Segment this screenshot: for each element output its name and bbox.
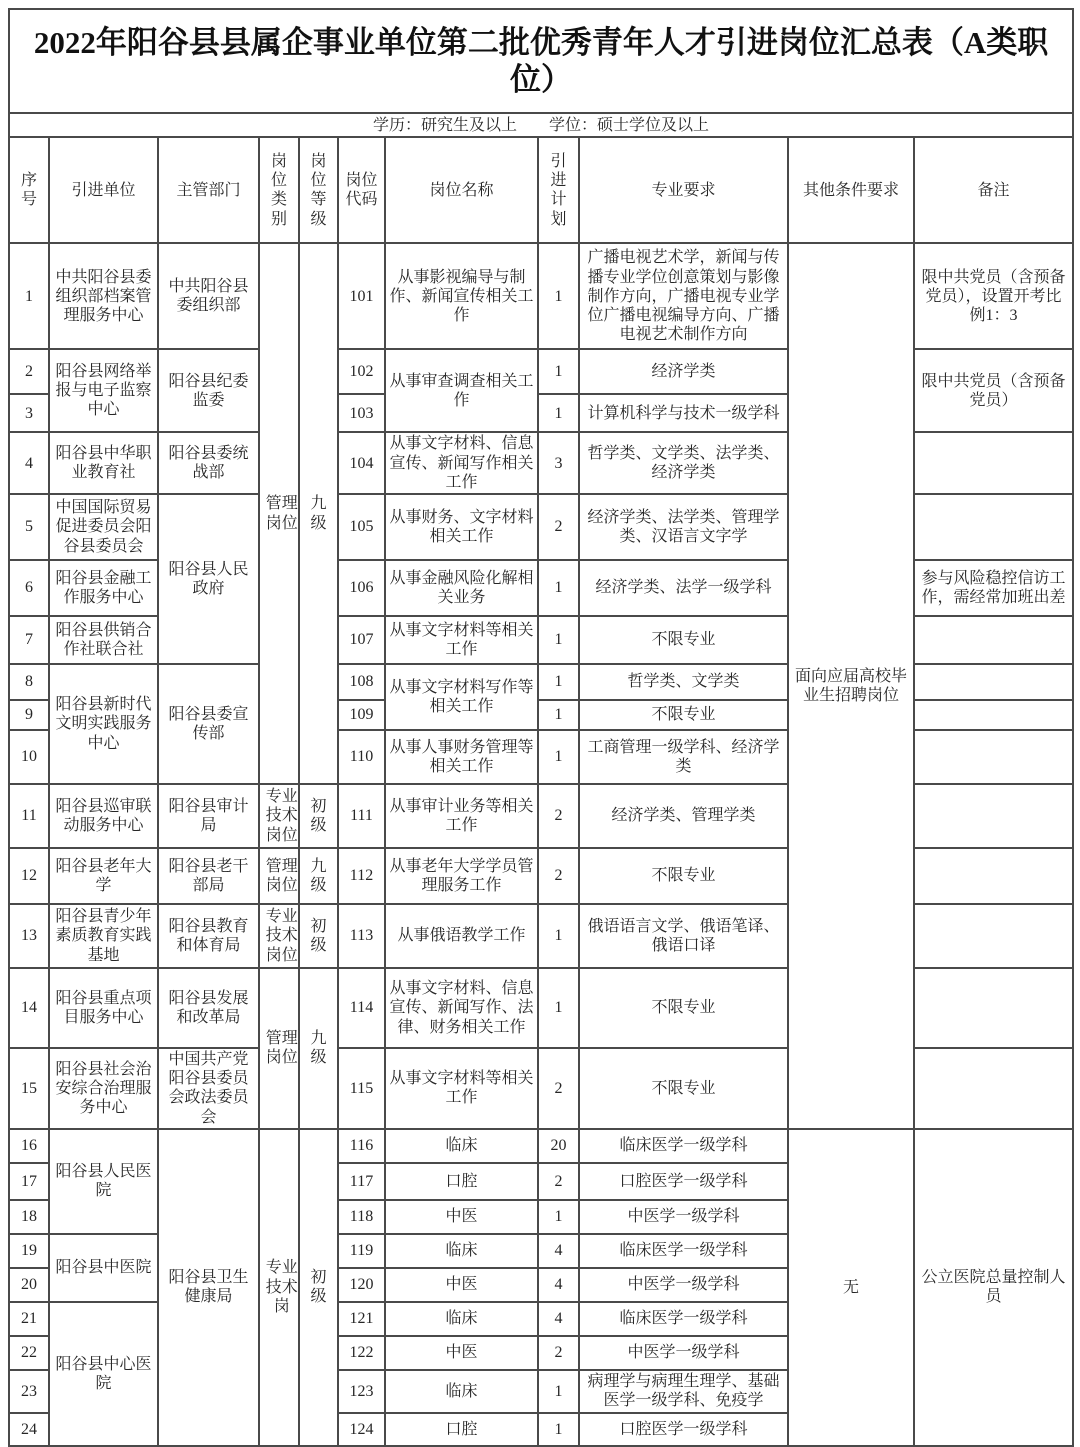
plan-cell: 2 xyxy=(538,494,579,560)
major-cell: 哲学类、文学类 xyxy=(579,664,788,700)
unit-cell: 阳谷县中华职业教育社 xyxy=(49,432,158,494)
plan-cell: 1 xyxy=(538,394,579,432)
category-cell: 管理岗位 xyxy=(259,968,299,1129)
code-cell: 102 xyxy=(338,349,385,394)
remark-cell xyxy=(914,664,1073,700)
table-row: 12 阳谷县老年大学 阳谷县老干部局 管理岗位 九级 112 从事老年大学学员管… xyxy=(9,848,1073,904)
code-cell: 110 xyxy=(338,730,385,784)
seq-cell: 24 xyxy=(9,1413,49,1446)
seq-cell: 15 xyxy=(9,1048,49,1129)
code-cell: 115 xyxy=(338,1048,385,1129)
unit-cell: 中国国际贸易促进委员会阳谷县委员会 xyxy=(49,494,158,560)
dept-cell: 中共阳谷县委组织部 xyxy=(158,243,259,349)
code-cell: 116 xyxy=(338,1129,385,1163)
seq-cell: 22 xyxy=(9,1336,49,1370)
dept-cell: 阳谷县发展和改革局 xyxy=(158,968,259,1048)
remark-cell: 限中共党员（含预备党员），设置开考比例1：3 xyxy=(914,243,1073,349)
col-header-grade: 岗位等级 xyxy=(299,137,338,243)
col-header-name: 岗位名称 xyxy=(385,137,538,243)
major-cell: 不限专业 xyxy=(579,616,788,664)
col-header-code: 岗位代码 xyxy=(338,137,385,243)
name-cell: 中医 xyxy=(385,1336,538,1370)
unit-cell: 阳谷县中心医院 xyxy=(49,1302,158,1446)
remark-cell xyxy=(914,784,1073,848)
code-cell: 123 xyxy=(338,1370,385,1413)
table-row: 15 阳谷县社会治安综合治理服务中心 中国共产党阳谷县委员会政法委员会 115 … xyxy=(9,1048,1073,1129)
code-cell: 107 xyxy=(338,616,385,664)
major-cell: 俄语语言文学、俄语笔译、俄语口译 xyxy=(579,904,788,968)
plan-cell: 2 xyxy=(538,1336,579,1370)
unit-cell: 阳谷县社会治安综合治理服务中心 xyxy=(49,1048,158,1129)
seq-cell: 3 xyxy=(9,394,49,432)
table-row: 2 阳谷县网络举报与电子监察中心 阳谷县纪委监委 102 从事审查调查相关工作 … xyxy=(9,349,1073,394)
name-cell: 从事文字材料等相关工作 xyxy=(385,1048,538,1129)
table-row: 5 中国国际贸易促进委员会阳谷县委员会 阳谷县人民政府 105 从事财务、文字材… xyxy=(9,494,1073,560)
dept-cell: 阳谷县纪委监委 xyxy=(158,349,259,432)
other-cell: 无 xyxy=(788,1129,914,1446)
remark-cell xyxy=(914,968,1073,1048)
code-cell: 118 xyxy=(338,1200,385,1234)
name-cell: 从事文字材料、信息宣传、新闻写作相关工作 xyxy=(385,432,538,494)
plan-cell: 1 xyxy=(538,730,579,784)
seq-cell: 9 xyxy=(9,700,49,730)
col-header-other: 其他条件要求 xyxy=(788,137,914,243)
remark-cell xyxy=(914,904,1073,968)
name-cell: 临床 xyxy=(385,1129,538,1163)
education-requirement: 学历：研究生及以上 学位：硕士学位及以上 xyxy=(9,113,1073,137)
remark-cell xyxy=(914,848,1073,904)
seq-cell: 12 xyxy=(9,848,49,904)
name-cell: 从事财务、文字材料相关工作 xyxy=(385,494,538,560)
grade-cell: 初级 xyxy=(299,1129,338,1446)
code-cell: 113 xyxy=(338,904,385,968)
major-cell: 不限专业 xyxy=(579,848,788,904)
dept-cell: 阳谷县委统战部 xyxy=(158,432,259,494)
col-header-dept: 主管部门 xyxy=(158,137,259,243)
remark-cell: 限中共党员（含预备党员） xyxy=(914,349,1073,432)
code-cell: 103 xyxy=(338,394,385,432)
unit-cell: 阳谷县人民医院 xyxy=(49,1129,158,1234)
header-row: 序号 引进单位 主管部门 岗位类别 岗位等级 岗位代码 岗位名称 引进计划 专业… xyxy=(9,137,1073,243)
col-header-seq: 序号 xyxy=(9,137,49,243)
code-cell: 112 xyxy=(338,848,385,904)
col-header-major: 专业要求 xyxy=(579,137,788,243)
unit-cell: 阳谷县金融工作服务中心 xyxy=(49,560,158,616)
code-cell: 121 xyxy=(338,1302,385,1336)
table-row: 16 阳谷县人民医院 阳谷县卫生健康局 专业技术岗 初级 116 临床 20 临… xyxy=(9,1129,1073,1163)
unit-cell: 阳谷县巡审联动服务中心 xyxy=(49,784,158,848)
unit-cell: 阳谷县新时代文明实践服务中心 xyxy=(49,664,158,784)
table-row: 11 阳谷县巡审联动服务中心 阳谷县审计局 专业技术岗位 初级 111 从事审计… xyxy=(9,784,1073,848)
remark-cell xyxy=(914,730,1073,784)
major-cell: 不限专业 xyxy=(579,1048,788,1129)
code-cell: 122 xyxy=(338,1336,385,1370)
plan-cell: 2 xyxy=(538,1048,579,1129)
major-cell: 中医学一级学科 xyxy=(579,1268,788,1302)
plan-cell: 1 xyxy=(538,904,579,968)
seq-cell: 1 xyxy=(9,243,49,349)
name-cell: 从事金融风险化解相关业务 xyxy=(385,560,538,616)
seq-cell: 17 xyxy=(9,1163,49,1200)
col-header-plan: 引进计划 xyxy=(538,137,579,243)
plan-cell: 4 xyxy=(538,1302,579,1336)
code-cell: 106 xyxy=(338,560,385,616)
code-cell: 117 xyxy=(338,1163,385,1200)
major-cell: 临床医学一级学科 xyxy=(579,1302,788,1336)
major-cell: 不限专业 xyxy=(579,968,788,1048)
name-cell: 临床 xyxy=(385,1234,538,1268)
seq-cell: 5 xyxy=(9,494,49,560)
seq-cell: 23 xyxy=(9,1370,49,1413)
seq-cell: 21 xyxy=(9,1302,49,1336)
major-cell: 病理学与病理生理学、基础医学一级学科、免疫学 xyxy=(579,1370,788,1413)
category-cell: 专业技术岗 xyxy=(259,1129,299,1446)
seq-cell: 11 xyxy=(9,784,49,848)
code-cell: 104 xyxy=(338,432,385,494)
dept-cell: 阳谷县老干部局 xyxy=(158,848,259,904)
plan-cell: 1 xyxy=(538,243,579,349)
seq-cell: 19 xyxy=(9,1234,49,1268)
grade-cell: 初级 xyxy=(299,784,338,848)
name-cell: 从事人事财务管理等相关工作 xyxy=(385,730,538,784)
name-cell: 从事影视编导与制作、新闻宣传相关工作 xyxy=(385,243,538,349)
code-cell: 109 xyxy=(338,700,385,730)
seq-cell: 14 xyxy=(9,968,49,1048)
unit-cell: 阳谷县老年大学 xyxy=(49,848,158,904)
remark-cell xyxy=(914,432,1073,494)
seq-cell: 13 xyxy=(9,904,49,968)
plan-cell: 3 xyxy=(538,432,579,494)
major-cell: 计算机科学与技术一级学科 xyxy=(579,394,788,432)
name-cell: 口腔 xyxy=(385,1413,538,1446)
grade-cell: 九级 xyxy=(299,968,338,1129)
major-cell: 中医学一级学科 xyxy=(579,1336,788,1370)
table-row: 13 阳谷县青少年素质教育实践基地 阳谷县教育和体育局 专业技术岗位 初级 11… xyxy=(9,904,1073,968)
code-cell: 101 xyxy=(338,243,385,349)
name-cell: 中医 xyxy=(385,1268,538,1302)
name-cell: 临床 xyxy=(385,1302,538,1336)
plan-cell: 1 xyxy=(538,968,579,1048)
seq-cell: 18 xyxy=(9,1200,49,1234)
seq-cell: 16 xyxy=(9,1129,49,1163)
seq-cell: 8 xyxy=(9,664,49,700)
table-row: 1 中共阳谷县委组织部档案管理服务中心 中共阳谷县委组织部 管理岗位 九级 10… xyxy=(9,243,1073,349)
recruitment-table: 2022年阳谷县县属企事业单位第二批优秀青年人才引进岗位汇总表（A类职位） 学历… xyxy=(8,8,1074,1447)
code-cell: 105 xyxy=(338,494,385,560)
plan-cell: 4 xyxy=(538,1268,579,1302)
major-cell: 经济学类、管理学类 xyxy=(579,784,788,848)
plan-cell: 2 xyxy=(538,848,579,904)
remark-cell: 参与风险稳控信访工作，需经常加班出差 xyxy=(914,560,1073,616)
page-title: 2022年阳谷县县属企事业单位第二批优秀青年人才引进岗位汇总表（A类职位） xyxy=(9,9,1073,113)
remark-cell xyxy=(914,616,1073,664)
major-cell: 广播电视艺术学，新闻与传播专业学位创意策划与影像制作方向，广播电视专业学位广播电… xyxy=(579,243,788,349)
plan-cell: 20 xyxy=(538,1129,579,1163)
table-row: 8 阳谷县新时代文明实践服务中心 阳谷县委宣传部 108 从事文字材料写作等相关… xyxy=(9,664,1073,700)
category-cell: 专业技术岗位 xyxy=(259,904,299,968)
remark-cell xyxy=(914,1048,1073,1129)
dept-cell: 阳谷县审计局 xyxy=(158,784,259,848)
name-cell: 从事审查调查相关工作 xyxy=(385,349,538,432)
dept-cell: 中国共产党阳谷县委员会政法委员会 xyxy=(158,1048,259,1129)
other-cell: 面向应届高校毕业生招聘岗位 xyxy=(788,243,914,1128)
major-cell: 临床医学一级学科 xyxy=(579,1129,788,1163)
plan-cell: 4 xyxy=(538,1234,579,1268)
major-cell: 口腔医学一级学科 xyxy=(579,1163,788,1200)
name-cell: 中医 xyxy=(385,1200,538,1234)
name-cell: 从事文字材料等相关工作 xyxy=(385,616,538,664)
plan-cell: 1 xyxy=(538,560,579,616)
major-cell: 哲学类、文学类、法学类、经济学类 xyxy=(579,432,788,494)
seq-cell: 7 xyxy=(9,616,49,664)
code-cell: 111 xyxy=(338,784,385,848)
seq-cell: 2 xyxy=(9,349,49,394)
dept-cell: 阳谷县教育和体育局 xyxy=(158,904,259,968)
plan-cell: 1 xyxy=(538,1200,579,1234)
table-row: 4 阳谷县中华职业教育社 阳谷县委统战部 104 从事文字材料、信息宣传、新闻写… xyxy=(9,432,1073,494)
plan-cell: 1 xyxy=(538,1413,579,1446)
plan-cell: 1 xyxy=(538,664,579,700)
name-cell: 口腔 xyxy=(385,1163,538,1200)
unit-cell: 阳谷县中医院 xyxy=(49,1234,158,1302)
name-cell: 从事文字材料、信息宣传、新闻写作、法律、财务相关工作 xyxy=(385,968,538,1048)
remark-cell xyxy=(914,700,1073,730)
major-cell: 不限专业 xyxy=(579,700,788,730)
code-cell: 108 xyxy=(338,664,385,700)
plan-cell: 1 xyxy=(538,349,579,394)
dept-cell: 阳谷县卫生健康局 xyxy=(158,1129,259,1446)
grade-cell: 九级 xyxy=(299,243,338,784)
col-header-category: 岗位类别 xyxy=(259,137,299,243)
seq-cell: 20 xyxy=(9,1268,49,1302)
unit-cell: 阳谷县青少年素质教育实践基地 xyxy=(49,904,158,968)
code-cell: 124 xyxy=(338,1413,385,1446)
code-cell: 120 xyxy=(338,1268,385,1302)
table-row: 14 阳谷县重点项目服务中心 阳谷县发展和改革局 管理岗位 九级 114 从事文… xyxy=(9,968,1073,1048)
major-cell: 工商管理一级学科、经济学类 xyxy=(579,730,788,784)
category-cell: 专业技术岗位 xyxy=(259,784,299,848)
col-header-remark: 备注 xyxy=(914,137,1073,243)
seq-cell: 4 xyxy=(9,432,49,494)
unit-cell: 中共阳谷县委组织部档案管理服务中心 xyxy=(49,243,158,349)
category-cell: 管理岗位 xyxy=(259,848,299,904)
unit-cell: 阳谷县网络举报与电子监察中心 xyxy=(49,349,158,432)
col-header-unit: 引进单位 xyxy=(49,137,158,243)
seq-cell: 10 xyxy=(9,730,49,784)
remark-cell: 公立医院总量控制人员 xyxy=(914,1129,1073,1446)
major-cell: 中医学一级学科 xyxy=(579,1200,788,1234)
dept-cell: 阳谷县委宣传部 xyxy=(158,664,259,784)
name-cell: 从事审计业务等相关工作 xyxy=(385,784,538,848)
major-cell: 经济学类、法学类、管理学类、汉语言文字学 xyxy=(579,494,788,560)
name-cell: 临床 xyxy=(385,1370,538,1413)
plan-cell: 1 xyxy=(538,616,579,664)
grade-cell: 初级 xyxy=(299,904,338,968)
major-cell: 经济学类 xyxy=(579,349,788,394)
remark-cell xyxy=(914,494,1073,560)
code-cell: 114 xyxy=(338,968,385,1048)
major-cell: 临床医学一级学科 xyxy=(579,1234,788,1268)
unit-cell: 阳谷县重点项目服务中心 xyxy=(49,968,158,1048)
grade-cell: 九级 xyxy=(299,848,338,904)
name-cell: 从事文字材料写作等相关工作 xyxy=(385,664,538,730)
plan-cell: 2 xyxy=(538,1163,579,1200)
major-cell: 口腔医学一级学科 xyxy=(579,1413,788,1446)
document-page: 2022年阳谷县县属企事业单位第二批优秀青年人才引进岗位汇总表（A类职位） 学历… xyxy=(0,0,1080,1420)
plan-cell: 1 xyxy=(538,700,579,730)
plan-cell: 1 xyxy=(538,1370,579,1413)
code-cell: 119 xyxy=(338,1234,385,1268)
plan-cell: 2 xyxy=(538,784,579,848)
major-cell: 经济学类、法学一级学科 xyxy=(579,560,788,616)
seq-cell: 6 xyxy=(9,560,49,616)
name-cell: 从事老年大学学员管理服务工作 xyxy=(385,848,538,904)
category-cell: 管理岗位 xyxy=(259,243,299,784)
name-cell: 从事俄语教学工作 xyxy=(385,904,538,968)
dept-cell: 阳谷县人民政府 xyxy=(158,494,259,664)
unit-cell: 阳谷县供销合作社联合社 xyxy=(49,616,158,664)
